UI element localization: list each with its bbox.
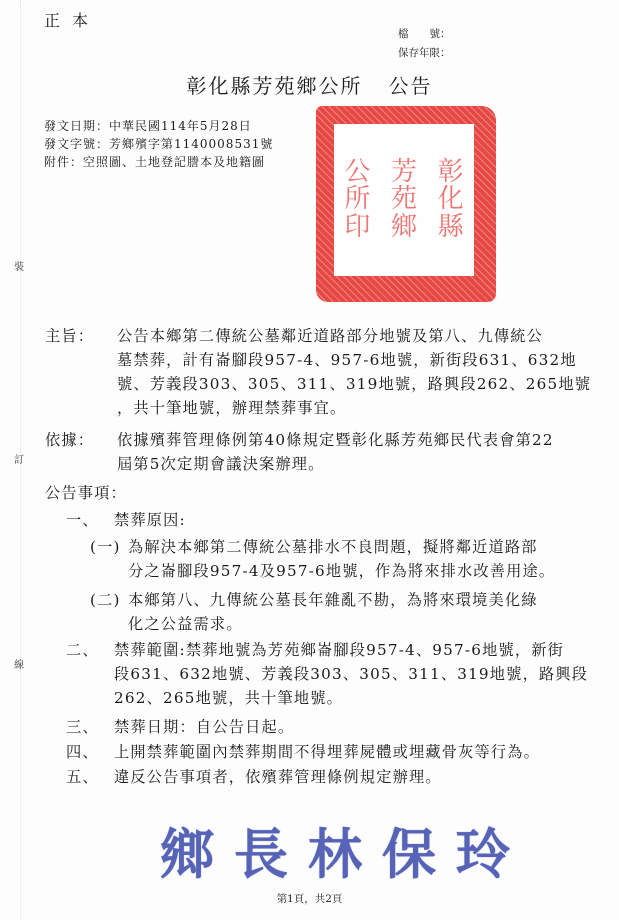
- subitem-line: 化之公益需求。: [128, 612, 610, 636]
- retention-period-label: 保存年限：: [398, 45, 451, 60]
- seal-char: 縣: [438, 214, 464, 241]
- item-number: 三、: [66, 715, 99, 739]
- item-line: 禁葬範圍:禁葬地號為芳苑鄉崙腳段957-4、957-6地號，新街: [114, 638, 606, 662]
- item-number: 五、: [66, 765, 99, 789]
- document-type: 公告: [389, 74, 433, 98]
- item-content: 違反公告事項者，依殯葬管理條例規定辦理。: [114, 765, 606, 789]
- item-content: 上開禁葬範圍內禁葬期間不得埋葬屍體或埋藏骨灰等行為。: [114, 740, 606, 764]
- basis-content: 依據殯葬管理條例第40條規定暨彰化縣芳苑鄉民代表會第22 屆第5次定期會議決案辦…: [117, 428, 605, 476]
- item-line: 違反公告事項者，依殯葬管理條例規定辦理。: [114, 765, 606, 789]
- seal-column: 公 所 印: [344, 159, 370, 241]
- document-title: 彰化縣芳苑鄉公所公告: [0, 70, 619, 99]
- subject-line: 墓禁葬，計有崙腳段957-4、957-6地號，新街段631、632地: [117, 348, 605, 372]
- document-number: 發文字號：芳鄉殯字第1140008531號: [44, 135, 273, 152]
- subject-line: 號、芳義段303、305、311、319地號，路興段262、265地號: [117, 372, 605, 396]
- subitem-line: 本鄉第八、九傳統公墓長年雜亂不勘，為將來環境美化綠: [128, 588, 610, 612]
- item-line: 上開禁葬範圍內禁葬期間不得埋葬屍體或埋藏骨灰等行為。: [114, 740, 606, 764]
- seal-column: 芳 苑 鄉: [391, 159, 417, 241]
- seal-char: 芳: [391, 159, 417, 186]
- seal-char: 化: [438, 186, 464, 213]
- item-line: 262、265地號，共十筆地號。: [114, 686, 606, 710]
- subitem-line: 分之崙腳段957-4及957-6地號，作為將來排水改善用途。: [128, 559, 610, 583]
- item-content: 禁葬日期：自公告日起。: [114, 715, 606, 739]
- binding-mark-ding: 訂: [14, 451, 24, 466]
- subject-line: 公告本鄉第二傳統公墓鄰近道路部分地號及第八、九傳統公: [117, 324, 605, 348]
- seal-char: 所: [344, 186, 370, 213]
- subject-content: 公告本鄉第二傳統公墓鄰近道路部分地號及第八、九傳統公 墓禁葬，計有崙腳段957-…: [117, 324, 605, 420]
- item-line: 禁葬原因:: [114, 508, 606, 532]
- seal-inner: 彰 化 縣 芳 苑 鄉 公 所 印: [334, 124, 474, 276]
- file-number-label: 檔 號：: [398, 26, 451, 41]
- seal-char: 鄉: [391, 214, 417, 241]
- basis-label: 依據：: [45, 428, 94, 452]
- item-content: 禁葬原因:: [114, 508, 606, 532]
- seal-char: 苑: [391, 186, 417, 213]
- basis-line: 依據殯葬管理條例第40條規定暨彰化縣芳苑鄉民代表會第22: [117, 428, 605, 452]
- item-number: 一、: [66, 508, 99, 532]
- subitem-number: (一): [90, 535, 121, 559]
- issuer-name: 彰化縣芳苑鄉公所: [187, 74, 363, 98]
- subitem-content: 為解決本鄉第二傳統公墓排水不良問題，擬將鄰近道路部 分之崙腳段957-4及957…: [128, 535, 610, 583]
- seal-char: 印: [344, 214, 370, 241]
- item-number: 四、: [66, 740, 99, 764]
- seal-column: 彰 化 縣: [438, 159, 464, 241]
- copy-mark: 正本: [44, 8, 100, 31]
- seal-char: 彰: [438, 159, 464, 186]
- subitem-content: 本鄉第八、九傳統公墓長年雜亂不勘，為將來環境美化綠 化之公益需求。: [128, 588, 610, 636]
- issue-date: 發文日期：中華民國114年5月28日: [44, 117, 252, 134]
- mayor-signature-stamp: 鄉長林保玲: [160, 812, 530, 889]
- subitem-line: 為解決本鄉第二傳統公墓排水不良問題，擬將鄰近道路部: [128, 535, 610, 559]
- seal-char: 公: [344, 159, 370, 186]
- announcement-heading: 公告事項：: [45, 481, 127, 505]
- basis-line: 屆第5次定期會議決案辦理。: [117, 452, 605, 476]
- binding-mark-xian: 線: [14, 656, 24, 671]
- item-number: 二、: [66, 638, 99, 662]
- binding-mark-zhuang: 裝: [14, 258, 24, 273]
- official-seal: 彰 化 縣 芳 苑 鄉 公 所 印: [316, 106, 496, 302]
- item-content: 禁葬範圍:禁葬地號為芳苑鄉崙腳段957-4、957-6地號，新街 段631、63…: [114, 638, 606, 710]
- item-line: 段631、632地號、芳義段303、305、311、319地號，路興段: [114, 662, 606, 686]
- page-number: 第1頁，共2頁: [0, 891, 619, 906]
- subitem-number: (二): [90, 588, 121, 612]
- item-line: 禁葬日期：自公告日起。: [114, 715, 606, 739]
- subject-label: 主旨：: [45, 324, 94, 348]
- subject-line: ，共十筆地號，辦理禁葬事宜。: [117, 396, 605, 420]
- attachments: 附件：空照圖、土地登記謄本及地籍圖: [44, 153, 265, 170]
